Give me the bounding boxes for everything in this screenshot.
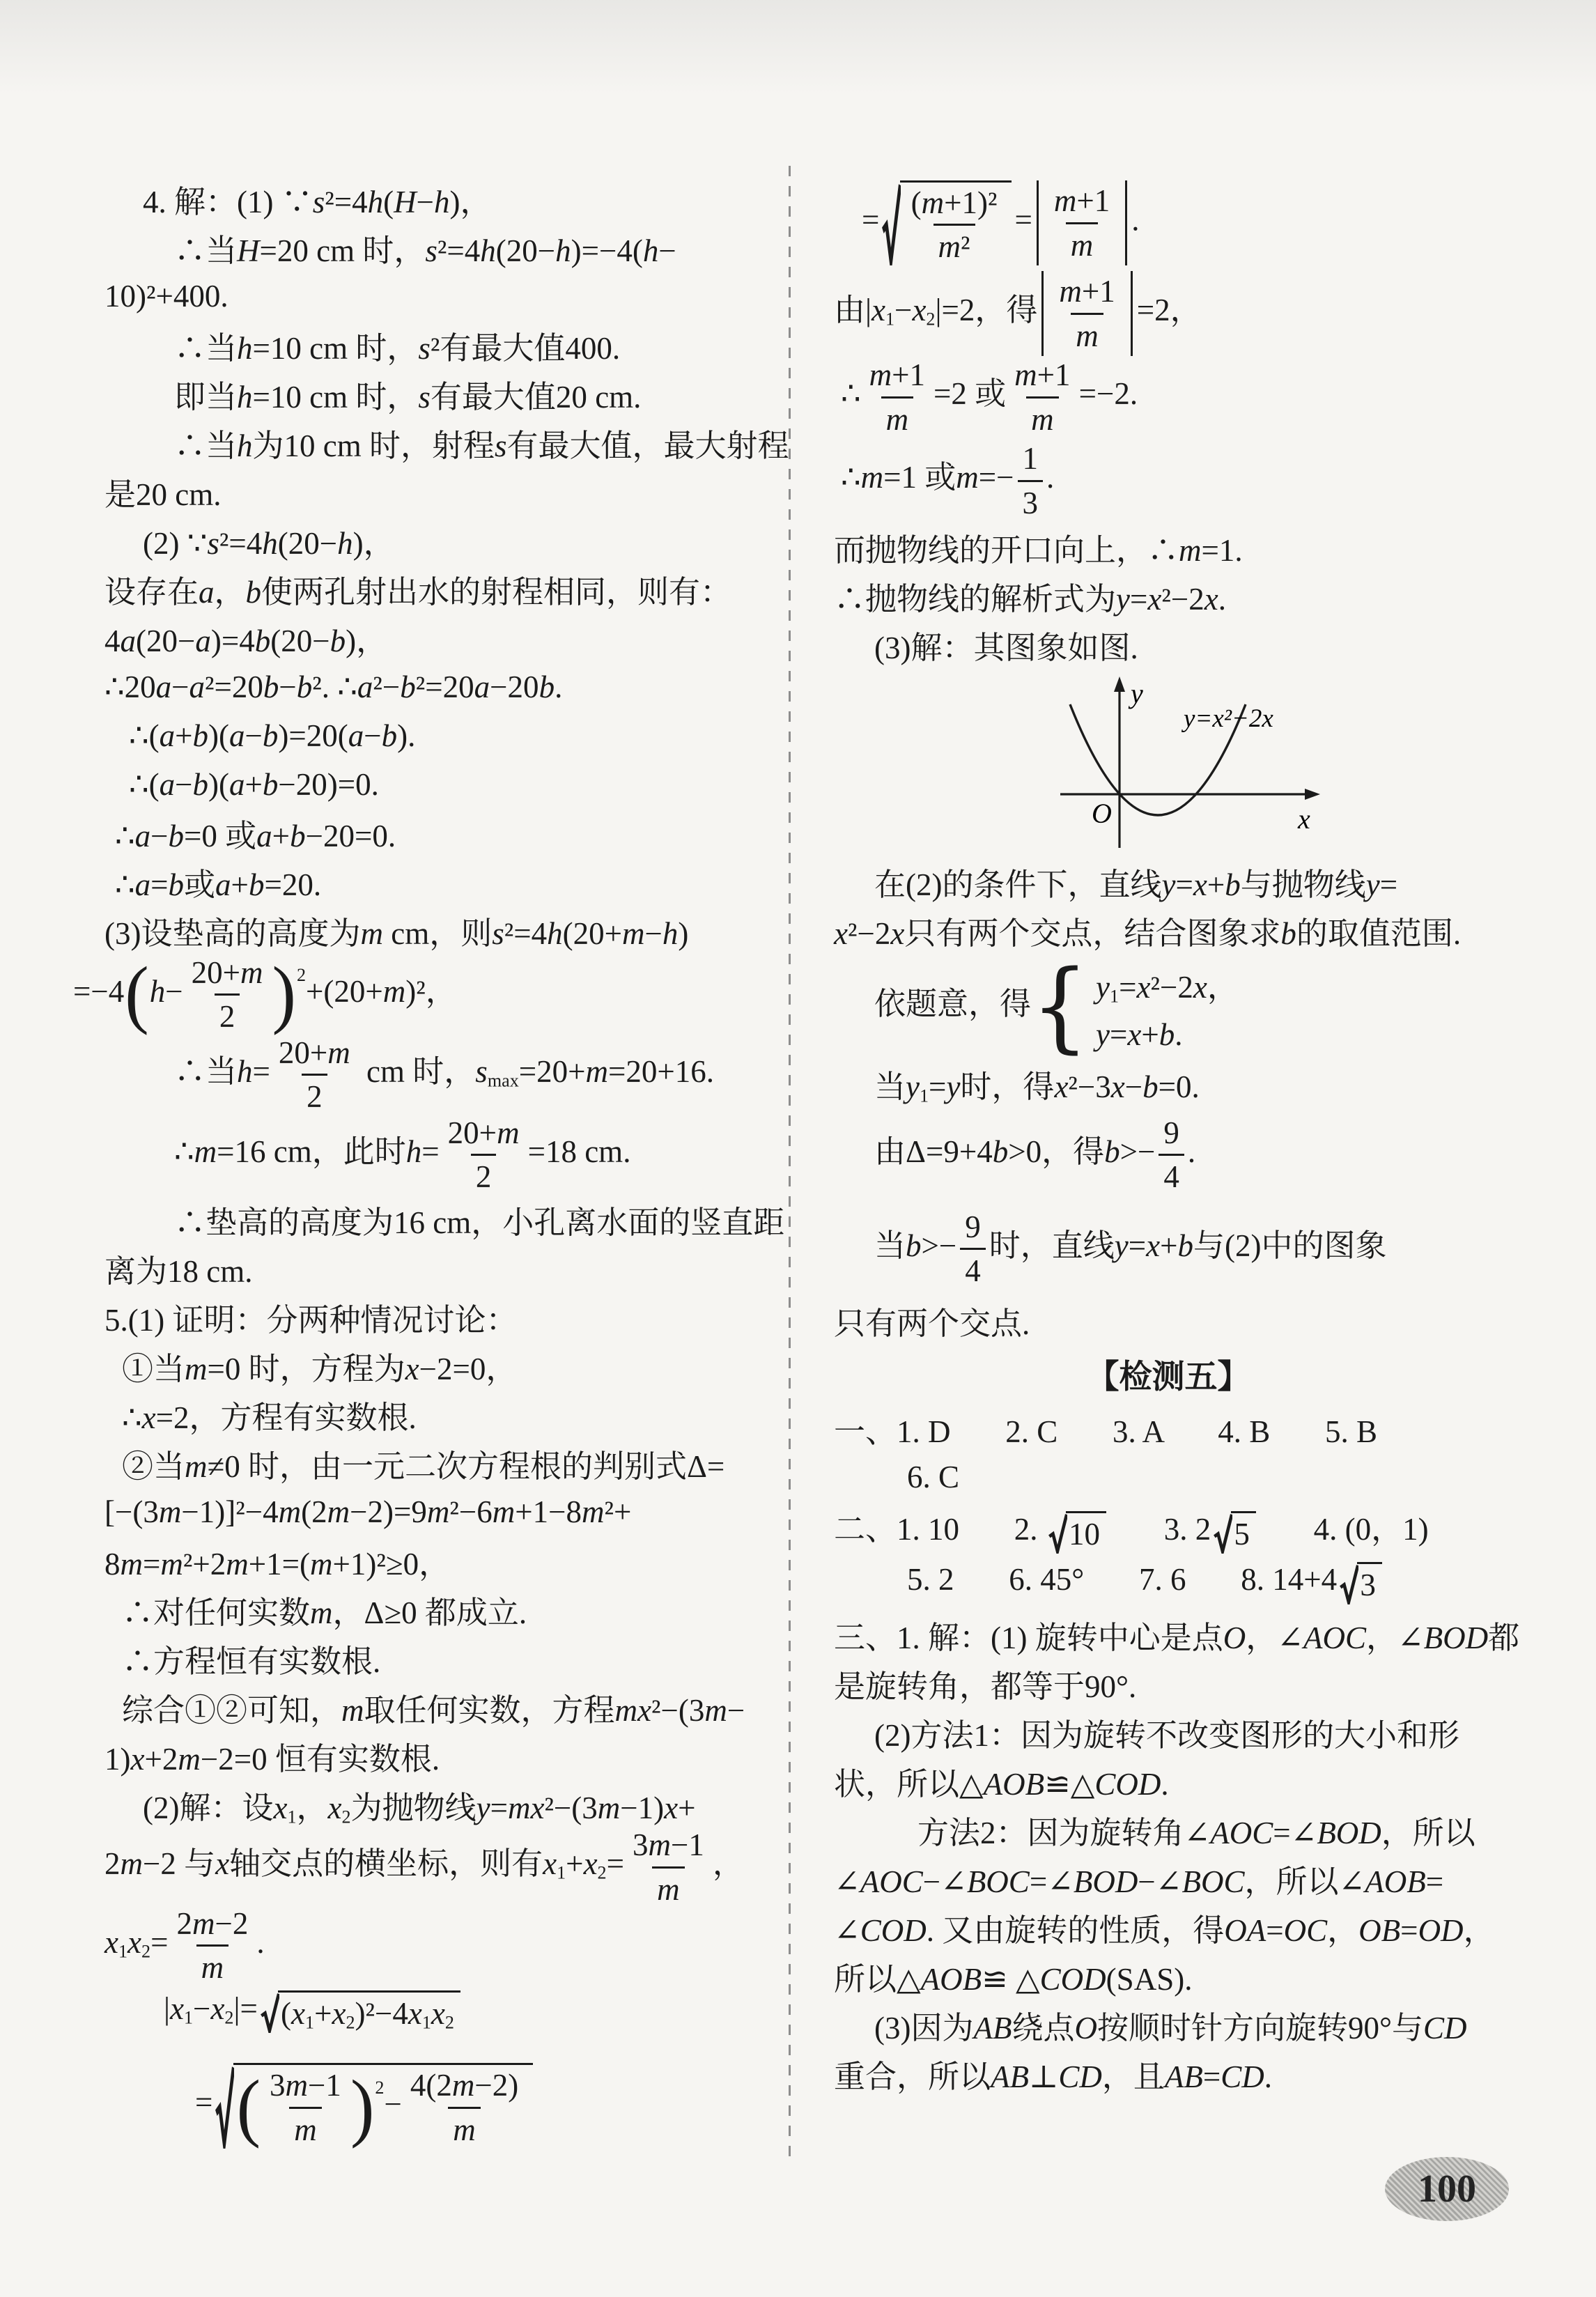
- text-line: ∴m+1m=2 或m+1m=−2.: [841, 355, 1503, 439]
- text-line: 综合①②可知，m取任何实数，方程mx²−(3m−: [122, 1683, 773, 1731]
- text-line: (2) ∵s²=4h(20−h)，: [143, 516, 773, 564]
- sqrt: (3m−1m)2−4(2m−2)m: [215, 2063, 533, 2149]
- fraction: m+1m: [1009, 357, 1075, 437]
- left-column: 4. 解：(1) ∵s²=4h(H−h)，∴当H=20 cm 时，s²=4h(2…: [104, 174, 773, 2174]
- text-line: 当b>−94时，直线y=x+b与(2)中的图象: [874, 1202, 1503, 1296]
- radical-icon: [261, 1993, 279, 2033]
- text-line: ∴方程恒有实数根.: [122, 1634, 773, 1683]
- fraction: m+1m: [1054, 274, 1119, 353]
- radical-icon: [882, 183, 901, 266]
- fraction: 20+m2: [443, 1115, 525, 1195]
- fraction: 20+m2: [187, 955, 268, 1035]
- text-line: 由Δ=9+4b>0，得b>−94.: [874, 1108, 1503, 1202]
- fraction: 94: [1159, 1115, 1184, 1195]
- text-line: ①当m=0 时，方程为x−2=0，: [122, 1341, 773, 1390]
- abs-bars: m+1m: [1037, 180, 1127, 265]
- fraction: 3m−1m: [265, 2068, 346, 2147]
- text-line: x²−2x只有两个交点，结合图象求b的取值范围.: [834, 906, 1503, 954]
- text-line: ∴(a−b)(a+b−20)=0.: [129, 759, 773, 808]
- text-line: 依题意，得{y1=x²−2x，y=x+b.: [874, 954, 1503, 1059]
- text-line: 5. 2 6. 45° 7. 6 8. 14+43: [907, 1556, 1503, 1610]
- origin-label: O: [1092, 798, 1112, 829]
- text-line: ∴抛物线的解析式为y=x²−2x.: [834, 571, 1503, 620]
- text-line: (3)因为AB绕点O按顺时针方向旋转90°与CD: [874, 2000, 1503, 2049]
- text-line: 设存在a，b使两孔射出水的射程相同，则有：: [104, 564, 773, 613]
- x-axis-label: x: [1297, 803, 1310, 835]
- text-line: |x1−x2|=(x1+x2)²−4x1x2: [164, 1986, 773, 2038]
- text-line: =(3m−1m)2−4(2m−2)m: [195, 2038, 773, 2174]
- text-line: 10)²+400.: [104, 272, 773, 320]
- text-line: (2)方法1：因为旋转不改变图形的大小和形: [874, 1708, 1503, 1756]
- page-number: 100: [1418, 2167, 1476, 2211]
- text-line: 只有两个交点.: [834, 1296, 1503, 1345]
- right-column: =(m+1)²m²=m+1m.由|x1−x2|=2，得m+1m=2，∴m+1m=…: [834, 174, 1503, 2098]
- text-line: =(m+1)²m²=m+1m.: [862, 174, 1503, 272]
- fraction: m+1m: [1049, 183, 1115, 263]
- big-parens: (3m−1m): [236, 2068, 375, 2147]
- text-line: 二、1. 10 2. 10 3. 25 4. (0，1): [834, 1501, 1503, 1556]
- text-line: 三、1. 解：(1) 旋转中心是点O，∠AOC，∠BOD都: [834, 1610, 1503, 1659]
- fraction: 3m−1m: [628, 1827, 709, 1907]
- text-line: ∠AOC−∠BOC=∠BOD−∠BOC，所以∠AOB=: [834, 1854, 1503, 1903]
- text-line: 状，所以△AOB≌△COD.: [834, 1756, 1503, 1805]
- text-line: (3)解：其图象如图.: [874, 620, 1503, 669]
- text-line: ∴20a−a²=20b−b². ∴a²−b²=20a−20b.: [104, 662, 773, 711]
- equation-system: {y1=x²−2x，y=x+b.: [1031, 961, 1239, 1053]
- fraction: 20+m2: [274, 1035, 355, 1115]
- abs-bars: m+1m: [1041, 271, 1132, 356]
- text-line: ∴垫高的高度为16 cm，小孔离水面的竖直距: [174, 1195, 773, 1244]
- big-parens: (h−20+m2): [124, 955, 297, 1035]
- radical-icon: [1340, 1564, 1358, 1604]
- figure-container: yxOy=x²−2x: [994, 669, 1503, 857]
- text-line: ∴当h=20+m2 cm 时，smax=20+m=20+16.: [174, 1035, 773, 1115]
- page-number-badge: 100: [1385, 2157, 1509, 2221]
- text-line: 一、1. D 2. C 3. A 4. B 5. B: [834, 1404, 1503, 1453]
- text-line: 而抛物线的开口向上，∴m=1.: [834, 523, 1503, 571]
- fraction: (m+1)²m²: [906, 185, 1002, 265]
- text-line: 即当h=10 cm 时，s有最大值20 cm.: [174, 369, 773, 418]
- text-line: =−4(h−20+m2)2+(20+m)²，: [73, 954, 773, 1035]
- scan-top-shade: [0, 0, 1596, 111]
- sqrt: 10: [1048, 1511, 1106, 1554]
- sqrt: 5: [1214, 1511, 1256, 1554]
- text-line: ∴当H=20 cm 时，s²=4h(20−h)=−4(h−: [174, 223, 773, 272]
- text-line: ∴x=2，方程有实数根.: [122, 1390, 773, 1439]
- text-line: 离为18 cm.: [104, 1244, 773, 1292]
- text-line: ∴m=1 或m=−13.: [841, 439, 1503, 523]
- sqrt: (x1+x2)²−4x1x2: [261, 1990, 460, 2033]
- fraction: 4(2m−2)m: [405, 2068, 523, 2147]
- radical-icon: [215, 2065, 234, 2149]
- radical-icon: [1048, 1513, 1067, 1554]
- fraction: 13: [1018, 441, 1044, 520]
- text-line: 是20 cm.: [104, 467, 773, 516]
- text-line: 由|x1−x2|=2，得m+1m=2，: [834, 272, 1503, 355]
- curve-label: y=x²−2x: [1181, 704, 1273, 733]
- y-axis-label: y: [1128, 678, 1143, 709]
- text-line: 当y1=y时，得x²−3x−b=0.: [874, 1059, 1503, 1108]
- text-line: ∴a−b=0 或a+b−20=0.: [115, 808, 773, 857]
- x-axis-arrow-icon: [1305, 789, 1320, 800]
- text-line: ②当m≠0 时，由一元二次方程根的判别式Δ=: [122, 1439, 773, 1487]
- text-line: [−(3m−1)]²−4m(2m−2)=9m²−6m+1−8m²+: [104, 1487, 773, 1536]
- text-line: ∠COD. 又由旋转的性质，得OA=OC，OB=OD，: [834, 1903, 1503, 1951]
- fraction: m+1m: [865, 357, 930, 437]
- text-line: ∴a=b或a+b=20.: [115, 857, 773, 906]
- text-line: x1x2=2m−2m.: [104, 1905, 773, 1986]
- sqrt: (m+1)²m²: [882, 180, 1012, 266]
- sqrt: 3: [1340, 1562, 1382, 1604]
- column-divider: [789, 166, 791, 2162]
- text-line: 重合，所以AB⊥CD，且AB=CD.: [834, 2049, 1503, 2098]
- text-line: 2m−2 与x轴交点的横坐标，则有x1+x2=3m−1m，: [104, 1829, 773, 1905]
- text-line: (3)设垫高的高度为m cm，则s²=4h(20+m−h): [104, 906, 773, 954]
- text-line: 4a(20−a)=4b(20−b)，: [104, 613, 773, 662]
- text-line: (2)解：设x1，x2为抛物线y=mx²−(3m−1)x+: [143, 1780, 773, 1829]
- text-line: 1)x+2m−2=0 恒有实数根.: [104, 1731, 773, 1780]
- text-line: 在(2)的条件下，直线y=x+b与抛物线y=: [874, 857, 1503, 906]
- text-line: 6. C: [907, 1453, 1503, 1501]
- section-header: 【检测五】: [834, 1345, 1503, 1404]
- text-line: ∴m=16 cm，此时h=20+m2=18 cm.: [174, 1115, 773, 1195]
- text-line: ∴当h为10 cm 时，射程s有最大值，最大射程: [174, 418, 773, 467]
- fraction: 94: [960, 1209, 986, 1289]
- parabola-figure: yxOy=x²−2x: [994, 672, 1342, 853]
- text-line: ∴对任何实数m，Δ≥0 都成立.: [122, 1585, 773, 1634]
- text-line: ∴当h=10 cm 时，s²有最大值400.: [174, 320, 773, 369]
- y-axis-arrow-icon: [1114, 676, 1125, 692]
- text-line: 8m=m²+2m+1=(m+1)²≥0，: [104, 1536, 773, 1585]
- text-line: 方法2：因为旋转角∠AOC=∠BOD，所以: [917, 1805, 1503, 1854]
- text-line: 5.(1) 证明：分两种情况讨论：: [104, 1292, 773, 1341]
- brace-icon: {: [1031, 968, 1089, 1045]
- radical-icon: [1214, 1513, 1232, 1554]
- fraction: 2m−2m: [171, 1906, 253, 1986]
- text-line: 是旋转角，都等于90°.: [834, 1659, 1503, 1708]
- workbook-page: { "page": { "number": "100" }, "figure":…: [0, 0, 1596, 2297]
- text-line: ∴(a+b)(a−b)=20(a−b).: [129, 711, 773, 759]
- text-line: 4. 解：(1) ∵s²=4h(H−h)，: [143, 174, 773, 223]
- text-line: 所以△AOB≌ △COD(SAS).: [834, 1951, 1503, 2000]
